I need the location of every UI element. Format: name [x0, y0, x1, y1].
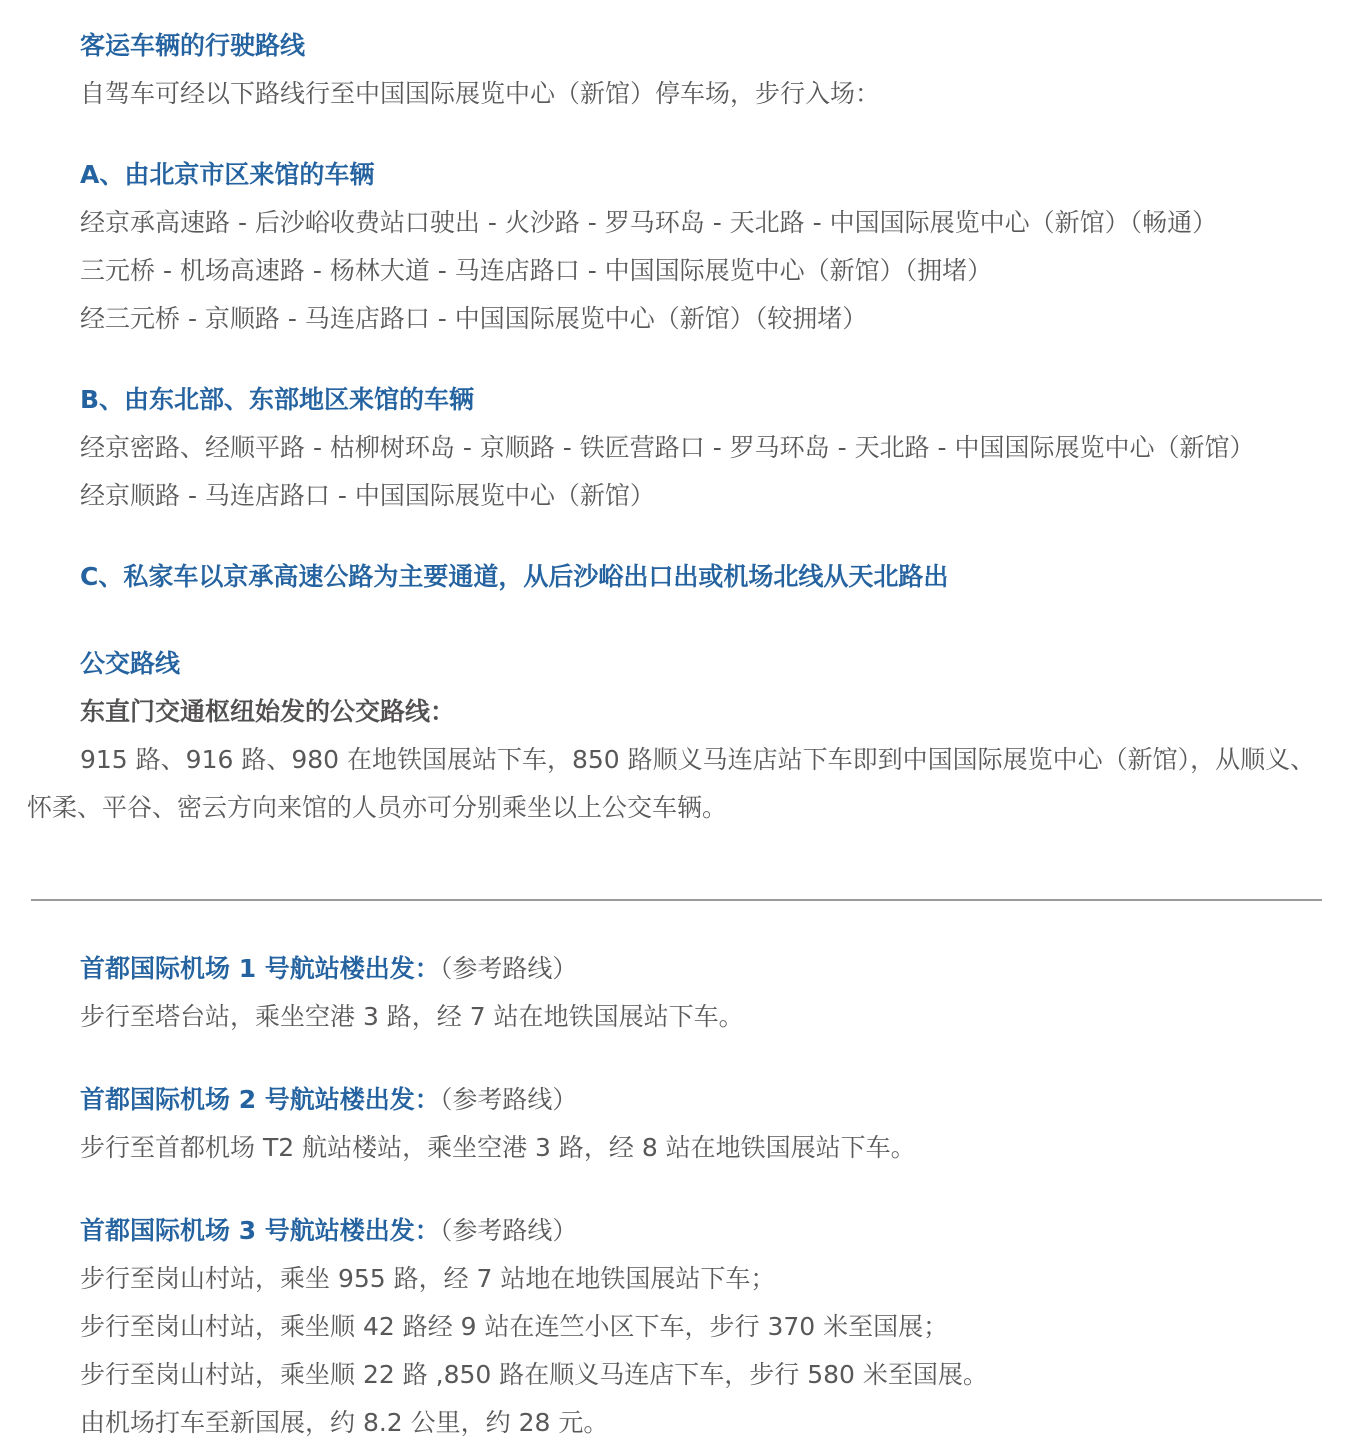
- route-group-a-heading: A、由北京市区来馆的车辆: [80, 151, 1270, 199]
- route-line: 经京顺路 - 马连店路口 - 中国国际展览中心（新馆）: [80, 472, 1270, 520]
- route-line: 经三元桥 - 京顺路 - 马连店路口 - 中国国际展览中心（新馆）（较拥堵）: [80, 295, 1270, 343]
- route-line: 经京密路、经顺平路 - 枯柳树环岛 - 京顺路 - 铁匠营路口 - 罗马环岛 -…: [80, 424, 1270, 472]
- route-group-a: A、由北京市区来馆的车辆 经京承高速路 - 后沙峪收费站口驶出 - 火沙路 - …: [80, 151, 1270, 343]
- terminal-1-heading: 首都国际机场 1 号航站楼出发：: [80, 954, 440, 983]
- route-line: 三元桥 - 机场高速路 - 杨林大道 - 马连店路口 - 中国国际展览中心（新馆…: [80, 247, 1270, 295]
- page-content: 客运车辆的行驶路线 自驾车可经以下路线行至中国国际展览中心（新馆）停车场，步行入…: [0, 22, 1348, 1447]
- terminal-3-heading: 首都国际机场 3 号航站楼出发：: [80, 1216, 440, 1245]
- terminal-3-route-line: 由机场打车至新国展，约 8.2 公里，约 28 元。: [80, 1399, 1270, 1447]
- terminal-3-route-line: 步行至岗山村站，乘坐 955 路，经 7 站地在地铁国展站下车；: [80, 1255, 1270, 1303]
- driving-routes-title: 客运车辆的行驶路线: [80, 22, 1270, 70]
- terminal-3-heading-line: 首都国际机场 3 号航站楼出发：（参考路线）: [80, 1207, 1270, 1255]
- section-driving-routes: 客运车辆的行驶路线 自驾车可经以下路线行至中国国际展览中心（新馆）停车场，步行入…: [80, 22, 1270, 601]
- terminal-1-route-line: 步行至塔台站，乘坐空港 3 路，经 7 站在地铁国展站下车。: [80, 993, 1270, 1041]
- terminal-2-route-line: 步行至首都机场 T2 航站楼站，乘坐空港 3 路，经 8 站在地铁国展站下车。: [80, 1124, 1270, 1172]
- terminal-1-reference-note: （参考路线）: [440, 954, 578, 983]
- route-group-c-heading: C、私家车以京承高速公路为主要通道，从后沙峪出口出或机场北线从天北路出: [80, 553, 1270, 601]
- bus-routes-title: 公交路线: [80, 640, 1270, 688]
- route-group-b: B、由东北部、东部地区来馆的车辆 经京密路、经顺平路 - 枯柳树环岛 - 京顺路…: [80, 376, 1270, 520]
- section-terminal-2: 首都国际机场 2 号航站楼出发：（参考路线） 步行至首都机场 T2 航站楼站，乘…: [80, 1076, 1270, 1172]
- terminal-3-route-line: 步行至岗山村站，乘坐顺 42 路经 9 站在连竺小区下车，步行 370 米至国展…: [80, 1303, 1270, 1351]
- route-group-b-heading: B、由东北部、东部地区来馆的车辆: [80, 376, 1270, 424]
- driving-routes-intro: 自驾车可经以下路线行至中国国际展览中心（新馆）停车场，步行入场：: [80, 70, 1270, 118]
- terminal-2-heading-line: 首都国际机场 2 号航站楼出发：（参考路线）: [80, 1076, 1270, 1124]
- terminal-3-reference-note: （参考路线）: [440, 1216, 578, 1245]
- terminal-3-route-line: 步行至岗山村站，乘坐顺 22 路 ,850 路在顺义马连店下车，步行 580 米…: [80, 1351, 1270, 1399]
- route-line: 经京承高速路 - 后沙峪收费站口驶出 - 火沙路 - 罗马环岛 - 天北路 - …: [80, 199, 1270, 247]
- route-group-c: C、私家车以京承高速公路为主要通道，从后沙峪出口出或机场北线从天北路出: [80, 553, 1270, 601]
- section-bus-routes: 公交路线 东直门交通枢纽始发的公交路线： 915 路、916 路、980 在地铁…: [80, 640, 1270, 832]
- section-terminal-3: 首都国际机场 3 号航站楼出发：（参考路线） 步行至岗山村站，乘坐 955 路，…: [80, 1207, 1270, 1447]
- section-divider: [31, 899, 1322, 901]
- terminal-1-heading-line: 首都国际机场 1 号航站楼出发：（参考路线）: [80, 945, 1270, 993]
- terminal-2-reference-note: （参考路线）: [440, 1085, 578, 1114]
- section-terminal-1: 首都国际机场 1 号航站楼出发：（参考路线） 步行至塔台站，乘坐空港 3 路，经…: [80, 945, 1270, 1041]
- terminal-2-heading: 首都国际机场 2 号航站楼出发：: [80, 1085, 440, 1114]
- bus-routes-paragraph: 915 路、916 路、980 在地铁国展站下车，850 路顺义马连店站下车即到…: [27, 736, 1332, 832]
- bus-routes-subtitle: 东直门交通枢纽始发的公交路线：: [80, 688, 1270, 736]
